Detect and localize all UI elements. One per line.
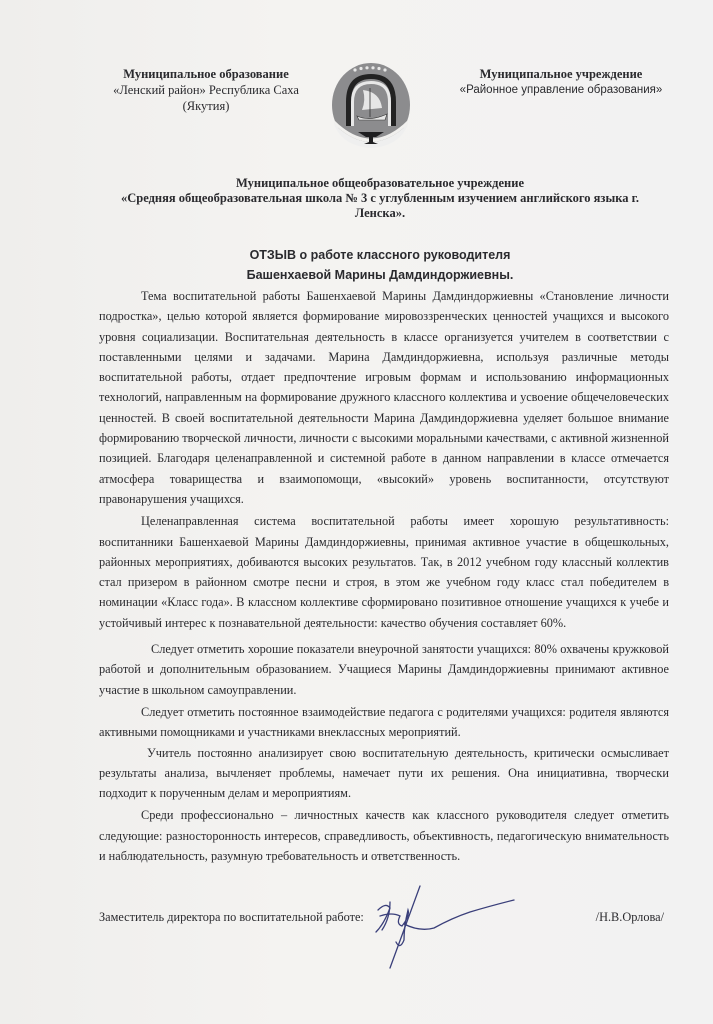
header-left-line2: «Ленский район» Республика Саха: [96, 82, 316, 98]
header-left-block: Муниципальное образование «Ленский район…: [96, 66, 316, 114]
header-left-line3: (Якутия): [96, 98, 316, 114]
coat-of-arms-icon: [330, 62, 412, 154]
title-line1: ОТЗЫВ о работе классного руководителя: [100, 245, 660, 265]
paragraph: Следует отметить постоянное взаимодейств…: [99, 702, 669, 743]
school-line1: Муниципальное общеобразовательное учрежд…: [100, 176, 660, 191]
paragraph: Тема воспитательной работы Башенхаевой М…: [99, 286, 669, 509]
header-right-line1: Муниципальное учреждение: [446, 66, 676, 82]
handwritten-signature-icon: [360, 880, 520, 970]
paragraph: Среди профессионально – личностных качес…: [99, 805, 669, 866]
school-line3: Ленска».: [100, 206, 660, 221]
school-line2: «Средняя общеобразовательная школа № 3 с…: [100, 191, 660, 206]
header-left-line1: Муниципальное образование: [96, 66, 316, 82]
paragraph: Следует отметить хорошие показатели внеу…: [99, 639, 669, 700]
paragraph: Целенаправленная система воспитательной …: [99, 511, 669, 633]
signatory-role: Заместитель директора по воспитательной …: [99, 910, 364, 925]
header-right-block: Муниципальное учреждение «Районное управ…: [446, 66, 676, 98]
paragraph: Учитель постоянно анализирует свою воспи…: [99, 743, 669, 804]
document-body: Тема воспитательной работы Башенхаевой М…: [99, 286, 669, 866]
signatory-name: /Н.В.Орлова/: [596, 910, 664, 925]
document-title: ОТЗЫВ о работе классного руководителя Ба…: [100, 245, 660, 285]
school-name: Муниципальное общеобразовательное учрежд…: [100, 176, 660, 221]
header-right-line2: «Районное управление образования»: [446, 82, 676, 98]
document-page: Муниципальное образование «Ленский район…: [0, 0, 713, 1024]
title-line2: Башенхаевой Марины Дамдиндоржиевны.: [100, 265, 660, 285]
